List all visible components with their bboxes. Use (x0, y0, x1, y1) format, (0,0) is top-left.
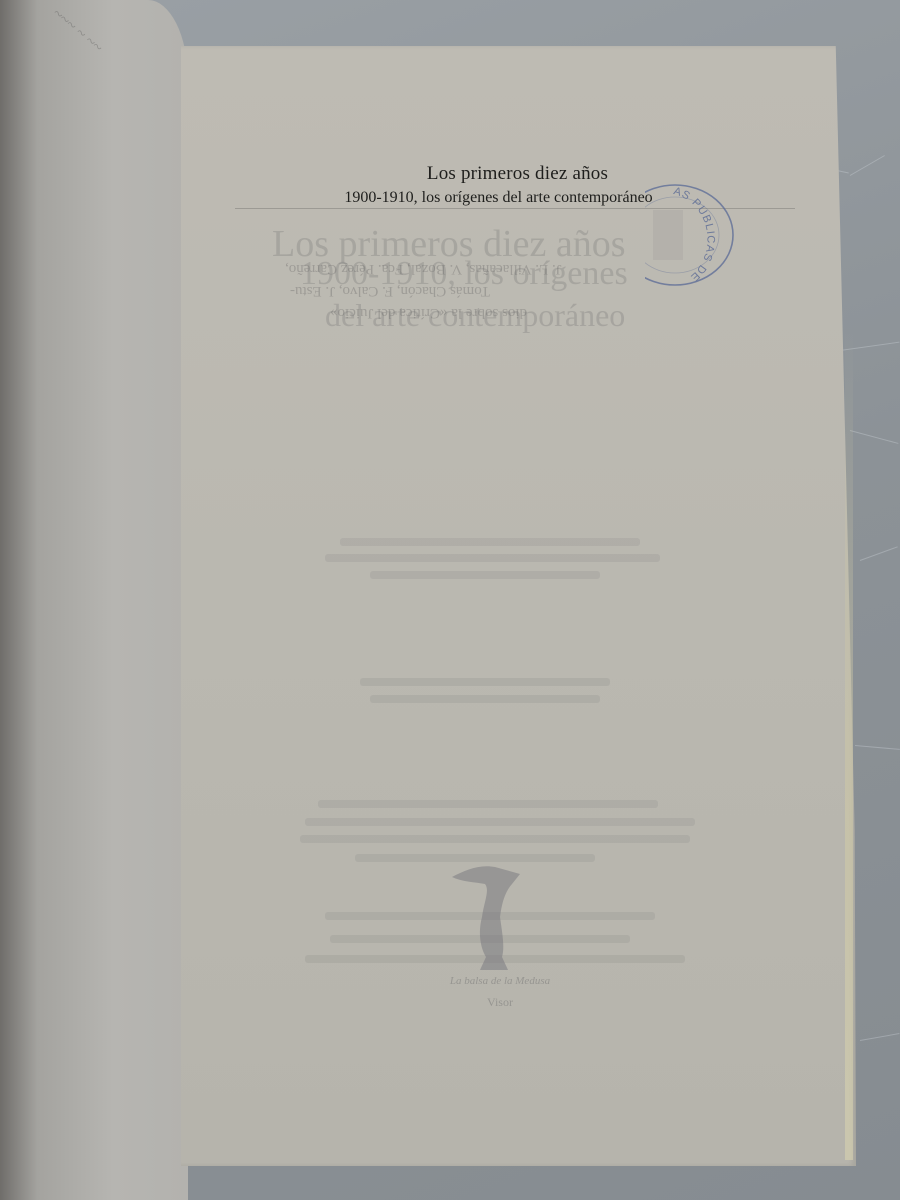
library-stamp-icon: AS PUBLICAS DE MADRID (645, 180, 737, 288)
show-through-line (325, 554, 660, 562)
publisher-imprint: La balsa de la Medusa (400, 975, 600, 987)
publisher-logo-icon (450, 862, 530, 972)
show-through-line (370, 695, 600, 703)
publisher-name: Visor (400, 995, 600, 1010)
show-through-line (305, 818, 695, 826)
show-through-mirrored: J. L. Villacañas, V. Bozal, Fca. Pérez C… (285, 260, 562, 277)
show-through-line (300, 835, 690, 843)
show-through-line (318, 800, 658, 808)
facing-page: ~~~ ~ ~~ (0, 0, 188, 1200)
show-through-line (360, 678, 610, 686)
show-through-mirrored: Tomás Chacón, F. Calvo, J. Estu- (290, 282, 490, 299)
show-through-line (370, 571, 600, 579)
show-through-line (355, 854, 595, 862)
show-through-mirrored: dios sobre la «Crítica del Juicio» (330, 304, 527, 321)
facing-page-show-through: ~~~ ~ ~~ (48, 5, 105, 57)
page-edge (845, 330, 853, 1160)
book-title: Los primeros diez años (180, 163, 855, 185)
show-through-line (340, 538, 640, 546)
